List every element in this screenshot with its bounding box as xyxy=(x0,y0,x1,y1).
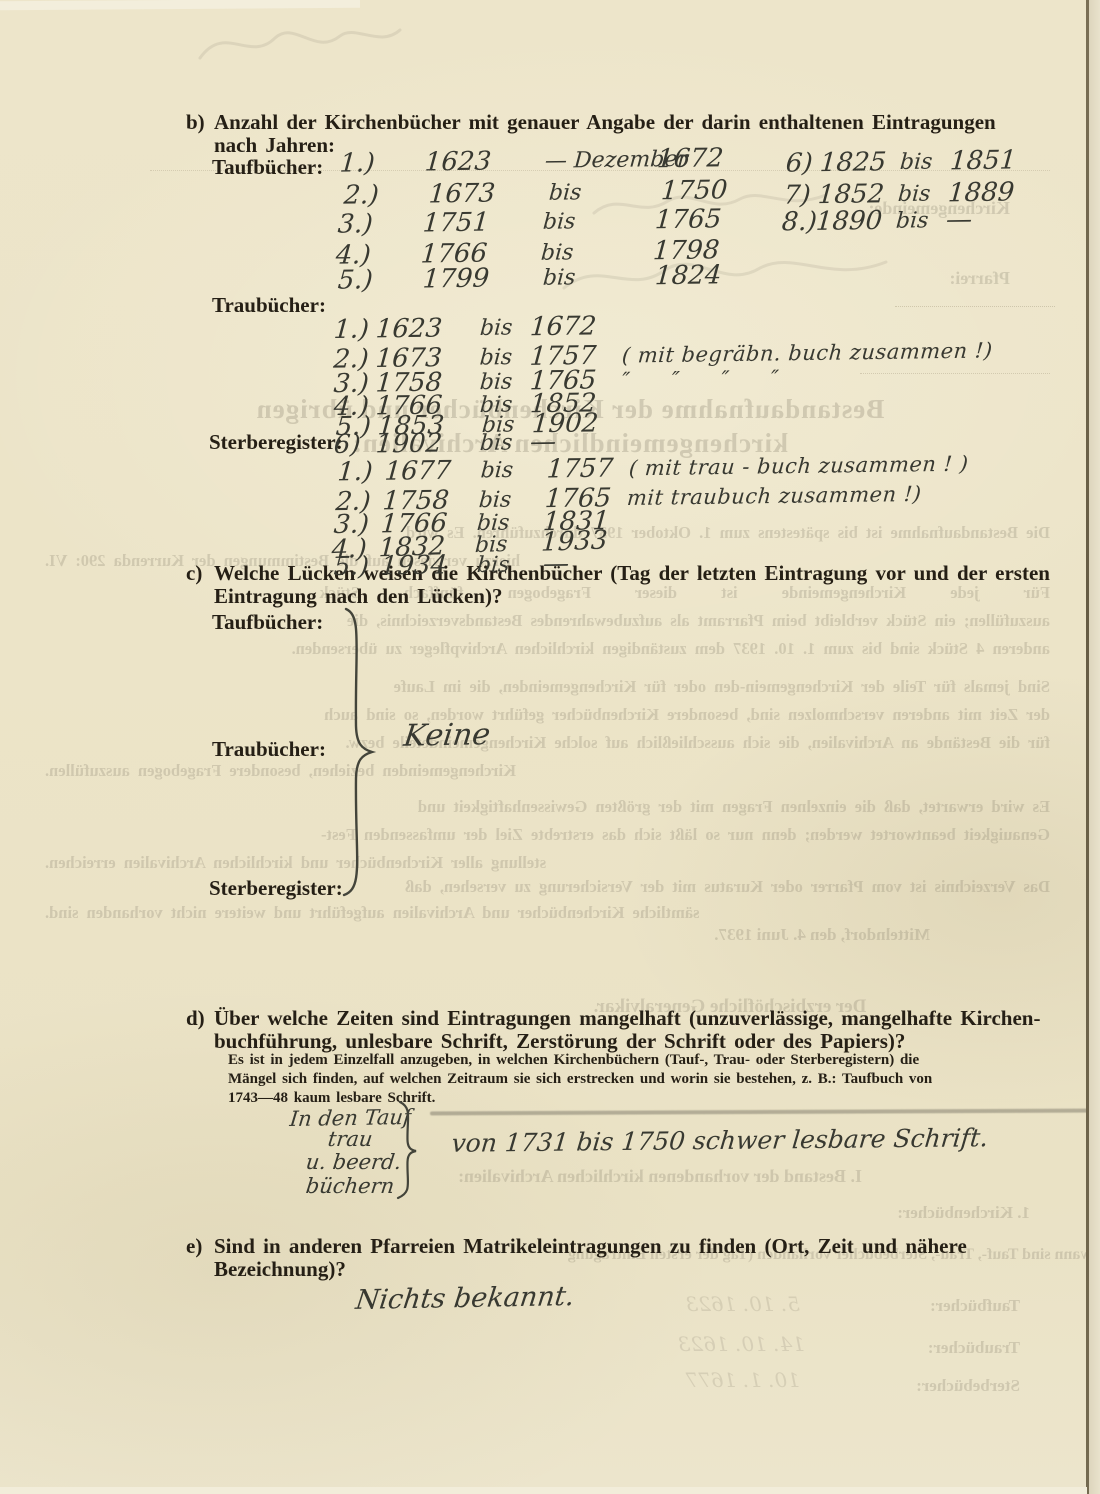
taufbuch-entry: 3.)1751bis1765 xyxy=(337,204,723,239)
bleedthrough-paragraph-line: der Zeit mit anderen verschmolzen sind, … xyxy=(45,705,1050,725)
taufbuch-entry: 8.)1890bis— xyxy=(781,205,973,238)
section-d-answer-line2: trau xyxy=(327,1127,374,1151)
bleedthrough-paragraph-line: Es wird erwartet, daß die einzelnen Frag… xyxy=(45,797,1050,817)
bleedthrough-paragraph-line: anderen 4 Stück sind bis zum 1. 10. 1937… xyxy=(45,639,1050,659)
bleedthrough-sterbebuecher-value: 10. 1. 1677 xyxy=(600,1368,800,1392)
bleedthrough-traubuecher-label: Traubücher: xyxy=(840,1338,1020,1358)
section-d-note-line2: Mängel sich finden, auf welchen Zeitraum… xyxy=(228,1071,932,1088)
bleedthrough-taufbuecher-label: Taufbücher: xyxy=(840,1296,1020,1316)
section-b-marker: b) xyxy=(186,110,205,135)
bleedthrough-kirchenbuecher-heading: 1. Kirchenbücher: xyxy=(770,1203,1030,1223)
section-d-heading-line2: buchführung, unlesbare Schrift, Zerstöru… xyxy=(214,1029,905,1054)
bleedthrough-date-line: Mittelndorf, den 4. Juni 1937. xyxy=(150,925,930,945)
scanned-church-record-form: { "document": { "section_b": { "marker":… xyxy=(0,0,1100,1494)
bleedthrough-paragraph-line: Das Verzeichnis ist vom Pfarrer oder Kur… xyxy=(45,877,1050,897)
section-c-sterberegister-label: Sterberegister: xyxy=(209,876,343,901)
section-c-answer: Keine xyxy=(402,717,493,753)
sterberegister-label: Sterberegister: xyxy=(209,430,343,455)
section-c-traubuecher-label: Traubücher: xyxy=(212,737,326,762)
section-e-heading-line2: Bezeichnung)? xyxy=(214,1257,346,1282)
bleedthrough-paragraph-line: sämtliche Kirchenbücher und Archivalien … xyxy=(45,903,1050,923)
taufbuch-entry: 1.)1623— Dezember1672 xyxy=(339,143,725,178)
bleedthrough-sterbebuecher-label: Sterbebücher: xyxy=(830,1376,1020,1396)
section-d-heading-line1: Über welche Zeiten sind Eintragungen man… xyxy=(214,1006,1040,1031)
sterberegister-entry: 5.)1934bis— xyxy=(333,548,627,582)
bleedthrough-paragraph-line: Kirchengemeinden beziehen, besondere Fra… xyxy=(45,761,1050,781)
bleedthrough-paragraph-line: Genauigkeit beantwortet werden; denn nur… xyxy=(45,825,1050,845)
scan-bottom-edge xyxy=(0,1487,1087,1494)
bleedthrough-handwriting-top xyxy=(195,18,405,68)
section-e-marker: e) xyxy=(186,1234,202,1259)
bleedthrough-taufbuecher-value: 5. 10. 1623 xyxy=(600,1292,800,1316)
bleedthrough-paragraph-line: Für jede Kirchengemeinde ist dieser Frag… xyxy=(45,583,1050,603)
traubuecher-label: Traubücher: xyxy=(212,293,326,318)
section-c-marker: c) xyxy=(186,561,202,586)
taufbuch-entry: 5.)1799bis1824 xyxy=(337,260,723,295)
section-d-marker: d) xyxy=(186,1006,205,1031)
taufbuch-entry: 6)1825bis1851 xyxy=(785,145,1018,178)
bleedthrough-paragraph-line: Sind jemals für Teile der Kirchengemein-… xyxy=(45,677,1050,697)
section-e-answer: Nichts bekannt. xyxy=(354,1281,576,1316)
bleedthrough-dotted-rule xyxy=(895,306,1055,307)
bleedthrough-paragraph-line: auszufüllen; ein Stück verbleibt beim Pf… xyxy=(45,611,1050,631)
section-d-answer-main: von 1731 bis 1750 schwer lesbare Schrift… xyxy=(450,1123,989,1158)
bleedthrough-paragraph-line: für die Bestände an Archivalien, die sic… xyxy=(45,733,1050,753)
taufbuecher-label: Taufbücher: xyxy=(212,155,323,180)
section-c-brace xyxy=(336,606,376,898)
section-d-brace xyxy=(392,1100,418,1200)
section-d-answer-line4: büchern xyxy=(305,1174,396,1198)
bleedthrough-traubuecher-value: 14. 10. 1623 xyxy=(595,1332,805,1356)
bleedthrough-dotted-rule xyxy=(860,373,1050,374)
section-d-note-line1: Es ist in jedem Einzelfall anzugeben, in… xyxy=(228,1052,919,1069)
adjacent-page-sliver xyxy=(1089,0,1100,1494)
section-d-answer-line3: u. beerd. xyxy=(305,1150,403,1174)
section-e-heading-line1: Sind in anderen Pfarreien Matrikeleintra… xyxy=(214,1234,967,1259)
traubuch-entry: 1.)1623bis1672 xyxy=(333,311,624,345)
section-c-taufbuecher-label: Taufbücher: xyxy=(212,610,323,635)
section-b-heading-line1: Anzahl der Kirchenbücher mit genauer Ang… xyxy=(214,110,996,135)
bleedthrough-paragraph-line: stellung aller Kirchenbücher und kirchli… xyxy=(45,853,1050,873)
